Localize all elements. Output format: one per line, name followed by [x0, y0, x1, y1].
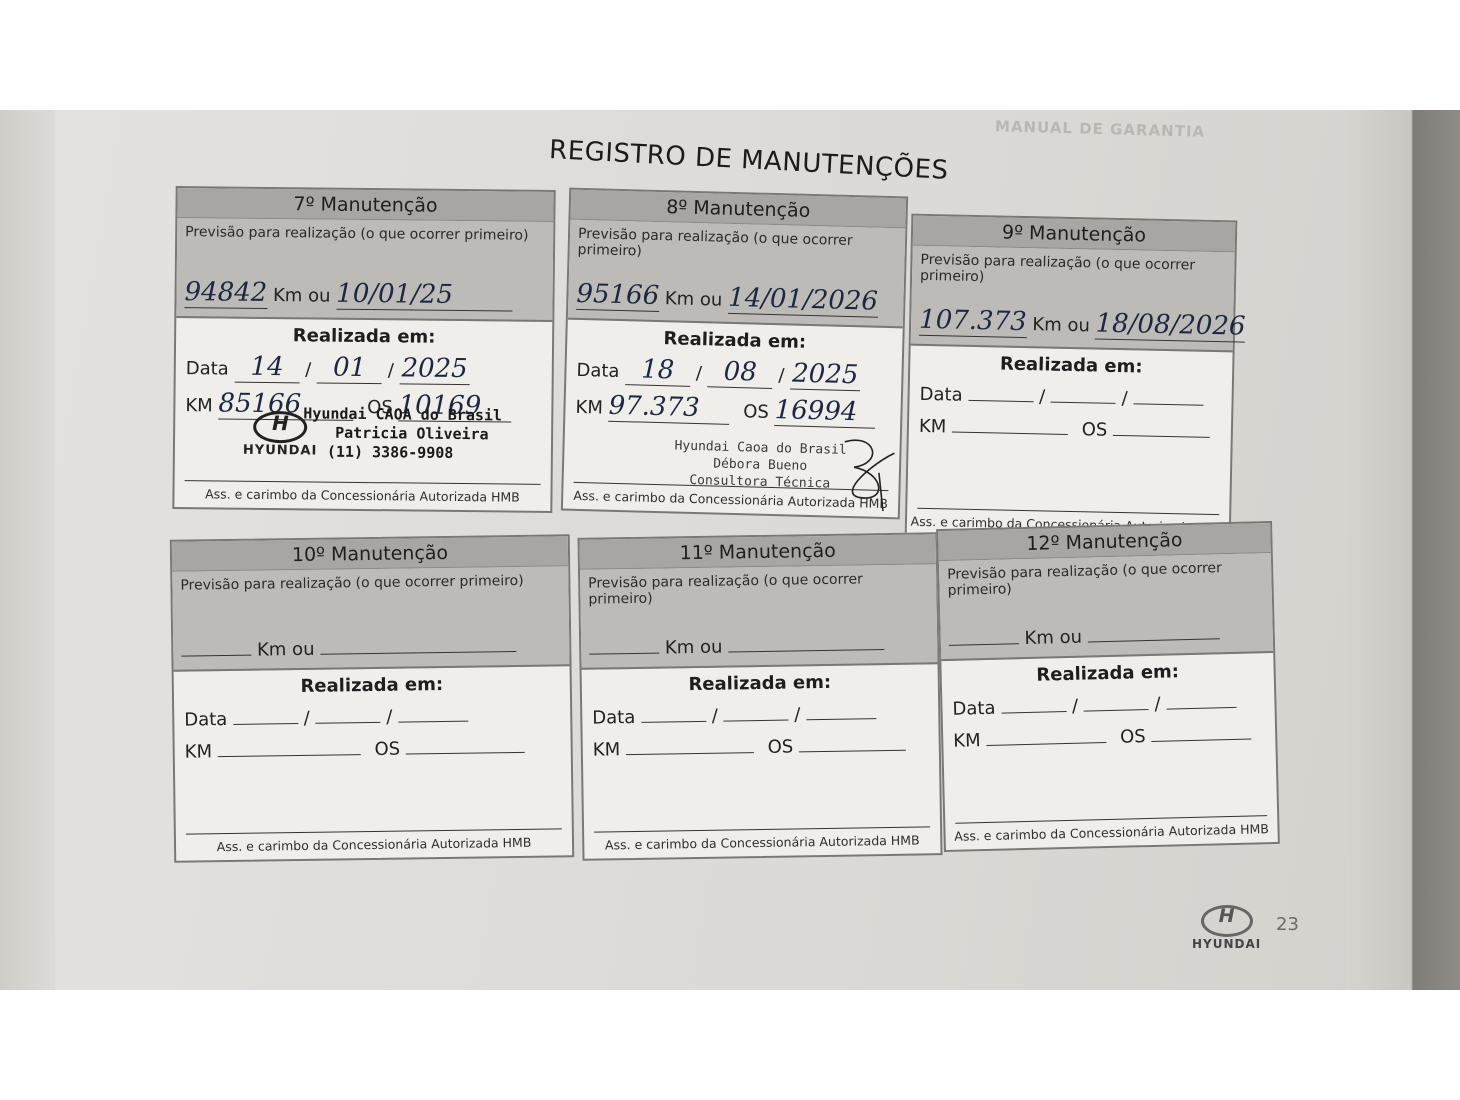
done-section: Realizada em: Data 14 / 01 / 2025 KM 851…: [174, 318, 552, 511]
maintenance-card-9: 9º Manutenção Previsão para realização (…: [905, 214, 1238, 544]
forecast-line: Km ou: [948, 617, 1263, 651]
date-label: Data: [186, 358, 229, 379]
done-day-field[interactable]: 18: [625, 354, 691, 387]
signature-label: Ass. e carimbo da Concessionária Autoriz…: [174, 486, 550, 505]
forecast-line: Km ou: [589, 628, 927, 659]
done-month-field[interactable]: 08: [707, 356, 773, 389]
stamp-phone: (11) 3386-9908: [327, 443, 502, 464]
date-separator: /: [305, 359, 311, 380]
km-os-row: KM OS: [593, 729, 929, 760]
km-os-row: KM 97.373 OS 16994: [575, 390, 891, 429]
done-km-field[interactable]: [626, 732, 754, 755]
forecast-date-field[interactable]: [320, 631, 516, 655]
forecast-date-field[interactable]: 18/08/2026: [1095, 309, 1245, 343]
dealer-stamp: Hyundai Caoa do Brasil Débora Bueno Cons…: [673, 437, 846, 492]
done-year-field[interactable]: [806, 698, 876, 720]
signature-line[interactable]: [186, 828, 562, 834]
maintenance-card-10: 10º Manutenção Previsão para realização …: [170, 534, 574, 863]
km-label: KM: [919, 416, 947, 438]
os-label: OS: [374, 739, 400, 760]
done-label: Realizada em:: [592, 670, 928, 696]
forecast-km-field[interactable]: [589, 633, 659, 655]
date-label: Data: [919, 384, 962, 406]
forecast-label: Previsão para realização (o que ocorrer …: [947, 559, 1264, 599]
forecast-label: Previsão para realização (o que ocorrer …: [185, 224, 545, 244]
km-os-row: KM OS: [185, 731, 561, 762]
km-label: KM: [593, 739, 621, 760]
km-or-label: Km ou: [665, 288, 723, 310]
done-label: Realizada em:: [184, 672, 560, 698]
forecast-date-field[interactable]: 14/01/2026: [728, 283, 879, 318]
done-os-field[interactable]: [799, 730, 906, 753]
done-month-field[interactable]: [723, 700, 788, 722]
forecast-label: Previsão para realização (o que ocorrer …: [588, 570, 928, 607]
done-day-field[interactable]: [968, 380, 1033, 402]
done-os-field[interactable]: [406, 732, 525, 755]
km-or-label: Km ou: [665, 637, 723, 659]
date-row: Data / /: [184, 699, 560, 730]
forecast-line: 95166 Km ou 14/01/2026: [576, 279, 894, 318]
done-day-field[interactable]: [641, 701, 706, 723]
os-label: OS: [743, 401, 769, 423]
km-or-label: Km ou: [257, 639, 315, 661]
date-row: Data / /: [952, 686, 1265, 720]
date-row: Data 14 / 01 / 2025: [186, 351, 542, 386]
done-os-field[interactable]: [1113, 415, 1210, 438]
done-label: Realizada em:: [920, 352, 1222, 379]
forecast-km-field[interactable]: 94842: [184, 277, 267, 309]
signature-label: Ass. e carimbo da Concessionária Autoriz…: [563, 488, 898, 512]
forecast-label: Previsão para realização (o que ocorrer …: [577, 226, 897, 266]
date-separator: /: [712, 706, 718, 727]
done-os-field[interactable]: 16994: [774, 395, 876, 429]
forecast-section: Previsão para realização (o que ocorrer …: [568, 220, 906, 329]
date-label: Data: [184, 709, 227, 731]
date-separator: /: [386, 707, 392, 728]
date-label: Data: [576, 360, 620, 382]
date-separator: /: [304, 708, 310, 729]
km-label: KM: [185, 741, 213, 762]
date-separator: /: [794, 704, 800, 725]
done-label: Realizada em:: [577, 326, 892, 355]
done-day-field[interactable]: 14: [234, 352, 299, 384]
done-section: Realizada em: Data / / KM OS Ass. e cari…: [941, 653, 1278, 850]
done-section: Realizada em: Data 18 / 08 / 2025 KM 97.…: [563, 320, 903, 518]
stamp-dealer: Hyundai CAOA do Brasil: [303, 404, 502, 425]
done-label: Realizada em:: [186, 324, 542, 349]
stamp-role: Consultora Técnica: [673, 471, 846, 493]
done-year-field[interactable]: [398, 701, 468, 723]
done-month-field[interactable]: [315, 702, 380, 724]
date-separator: /: [1121, 388, 1128, 409]
done-section: Realizada em: Data / / KM OS Ass. e cari…: [582, 664, 941, 859]
forecast-section: Previsão para realização (o que ocorrer …: [172, 566, 569, 672]
date-separator: /: [1154, 694, 1161, 715]
km-or-label: Km ou: [1032, 314, 1090, 336]
forecast-km-field[interactable]: 95166: [576, 279, 660, 312]
signature-label: Ass. e carimbo da Concessionária Autoriz…: [945, 821, 1277, 844]
date-separator: /: [1072, 696, 1079, 717]
date-label: Data: [592, 707, 635, 729]
forecast-section: Previsão para realização (o que ocorrer …: [176, 218, 553, 322]
os-label: OS: [1120, 726, 1146, 748]
date-separator: /: [778, 365, 785, 386]
done-year-field[interactable]: [1133, 383, 1203, 405]
km-os-row: KM OS: [953, 718, 1266, 752]
km-or-label: Km ou: [1024, 627, 1082, 649]
hyundai-footer-logo: HYUNDAI: [1192, 905, 1261, 951]
maintenance-card-12: 12º Manutenção Previsão para realização …: [936, 521, 1280, 852]
done-year-field[interactable]: 2025: [399, 353, 469, 385]
date-row: Data / /: [592, 697, 928, 728]
forecast-date-field[interactable]: [1087, 618, 1219, 642]
done-km-field[interactable]: 97.373: [608, 391, 730, 425]
km-label: KM: [953, 730, 981, 752]
maintenance-card-7: 7º Manutenção Previsão para realização (…: [172, 186, 555, 513]
km-os-row: KM OS: [919, 411, 1221, 443]
done-month-field[interactable]: 01: [317, 353, 382, 385]
date-label: Data: [952, 698, 995, 720]
done-month-field[interactable]: [1083, 689, 1148, 712]
date-row: Data 18 / 08 / 2025: [576, 353, 892, 392]
maintenance-card-8: 8º Manutenção Previsão para realização (…: [561, 188, 908, 520]
km-or-label: Km ou: [273, 285, 331, 307]
dealer-stamp: Hyundai CAOA do Brasil Patricia Oliveira…: [303, 404, 502, 463]
km-label: KM: [185, 395, 213, 416]
forecast-line: Km ou: [181, 630, 559, 661]
date-separator: /: [696, 363, 703, 384]
signature-line[interactable]: [185, 480, 541, 485]
hyundai-logo-icon: [1201, 905, 1253, 937]
maintenance-card-11: 11º Manutenção Previsão para realização …: [577, 532, 942, 861]
done-year-field[interactable]: [1166, 687, 1236, 710]
forecast-line: 94842 Km ou 10/01/25: [184, 277, 542, 312]
forecast-label: Previsão para realização (o que ocorrer …: [920, 252, 1227, 290]
card-heading: 7º Manutenção: [177, 188, 553, 222]
signature-label: Ass. e carimbo da Concessionária Autoriz…: [176, 834, 572, 855]
done-month-field[interactable]: [1051, 382, 1116, 404]
forecast-km-field[interactable]: [181, 635, 251, 657]
os-label: OS: [767, 736, 793, 757]
done-year-field[interactable]: 2025: [790, 358, 861, 391]
date-separator: /: [388, 360, 394, 381]
done-km-field[interactable]: [986, 722, 1106, 746]
date-separator: /: [1039, 386, 1046, 407]
done-os-field[interactable]: [1151, 719, 1251, 742]
os-label: OS: [1082, 419, 1108, 441]
forecast-label: Previsão para realização (o que ocorrer …: [180, 572, 560, 593]
forecast-km-field[interactable]: 107.373: [919, 305, 1027, 338]
forecast-date-field[interactable]: [728, 629, 884, 652]
forecast-section: Previsão para realização (o que ocorrer …: [939, 553, 1273, 661]
forecast-line: 107.373 Km ou 18/08/2026: [919, 305, 1224, 342]
forecast-section: Previsão para realização (o que ocorrer …: [911, 246, 1235, 353]
done-day-field[interactable]: [233, 703, 298, 725]
page-curl-edge: [1345, 110, 1455, 990]
done-day-field[interactable]: [1001, 691, 1066, 714]
done-section: Realizada em: Data / / KM OS Ass. e cari…: [174, 666, 573, 861]
forecast-section: Previsão para realização (o que ocorrer …: [580, 564, 938, 670]
done-section: Realizada em: Data / / KM OS Ass. e cari…: [907, 346, 1233, 542]
signature-line[interactable]: [594, 826, 930, 832]
done-km-field[interactable]: [952, 412, 1068, 435]
km-label: KM: [575, 397, 603, 419]
stamp-person: Patricia Oliveira: [335, 424, 502, 445]
hyundai-logo-icon: [253, 411, 307, 444]
done-km-field[interactable]: [218, 734, 361, 757]
date-row: Data / /: [919, 379, 1221, 411]
signature-label: Ass. e carimbo da Concessionária Autoriz…: [584, 832, 940, 853]
brand-wordmark: HYUNDAI: [1192, 937, 1261, 951]
done-label: Realizada em:: [951, 659, 1263, 688]
page-number: 23: [1276, 914, 1299, 935]
forecast-date-field[interactable]: 10/01/25: [336, 279, 512, 312]
forecast-km-field[interactable]: [948, 623, 1018, 646]
